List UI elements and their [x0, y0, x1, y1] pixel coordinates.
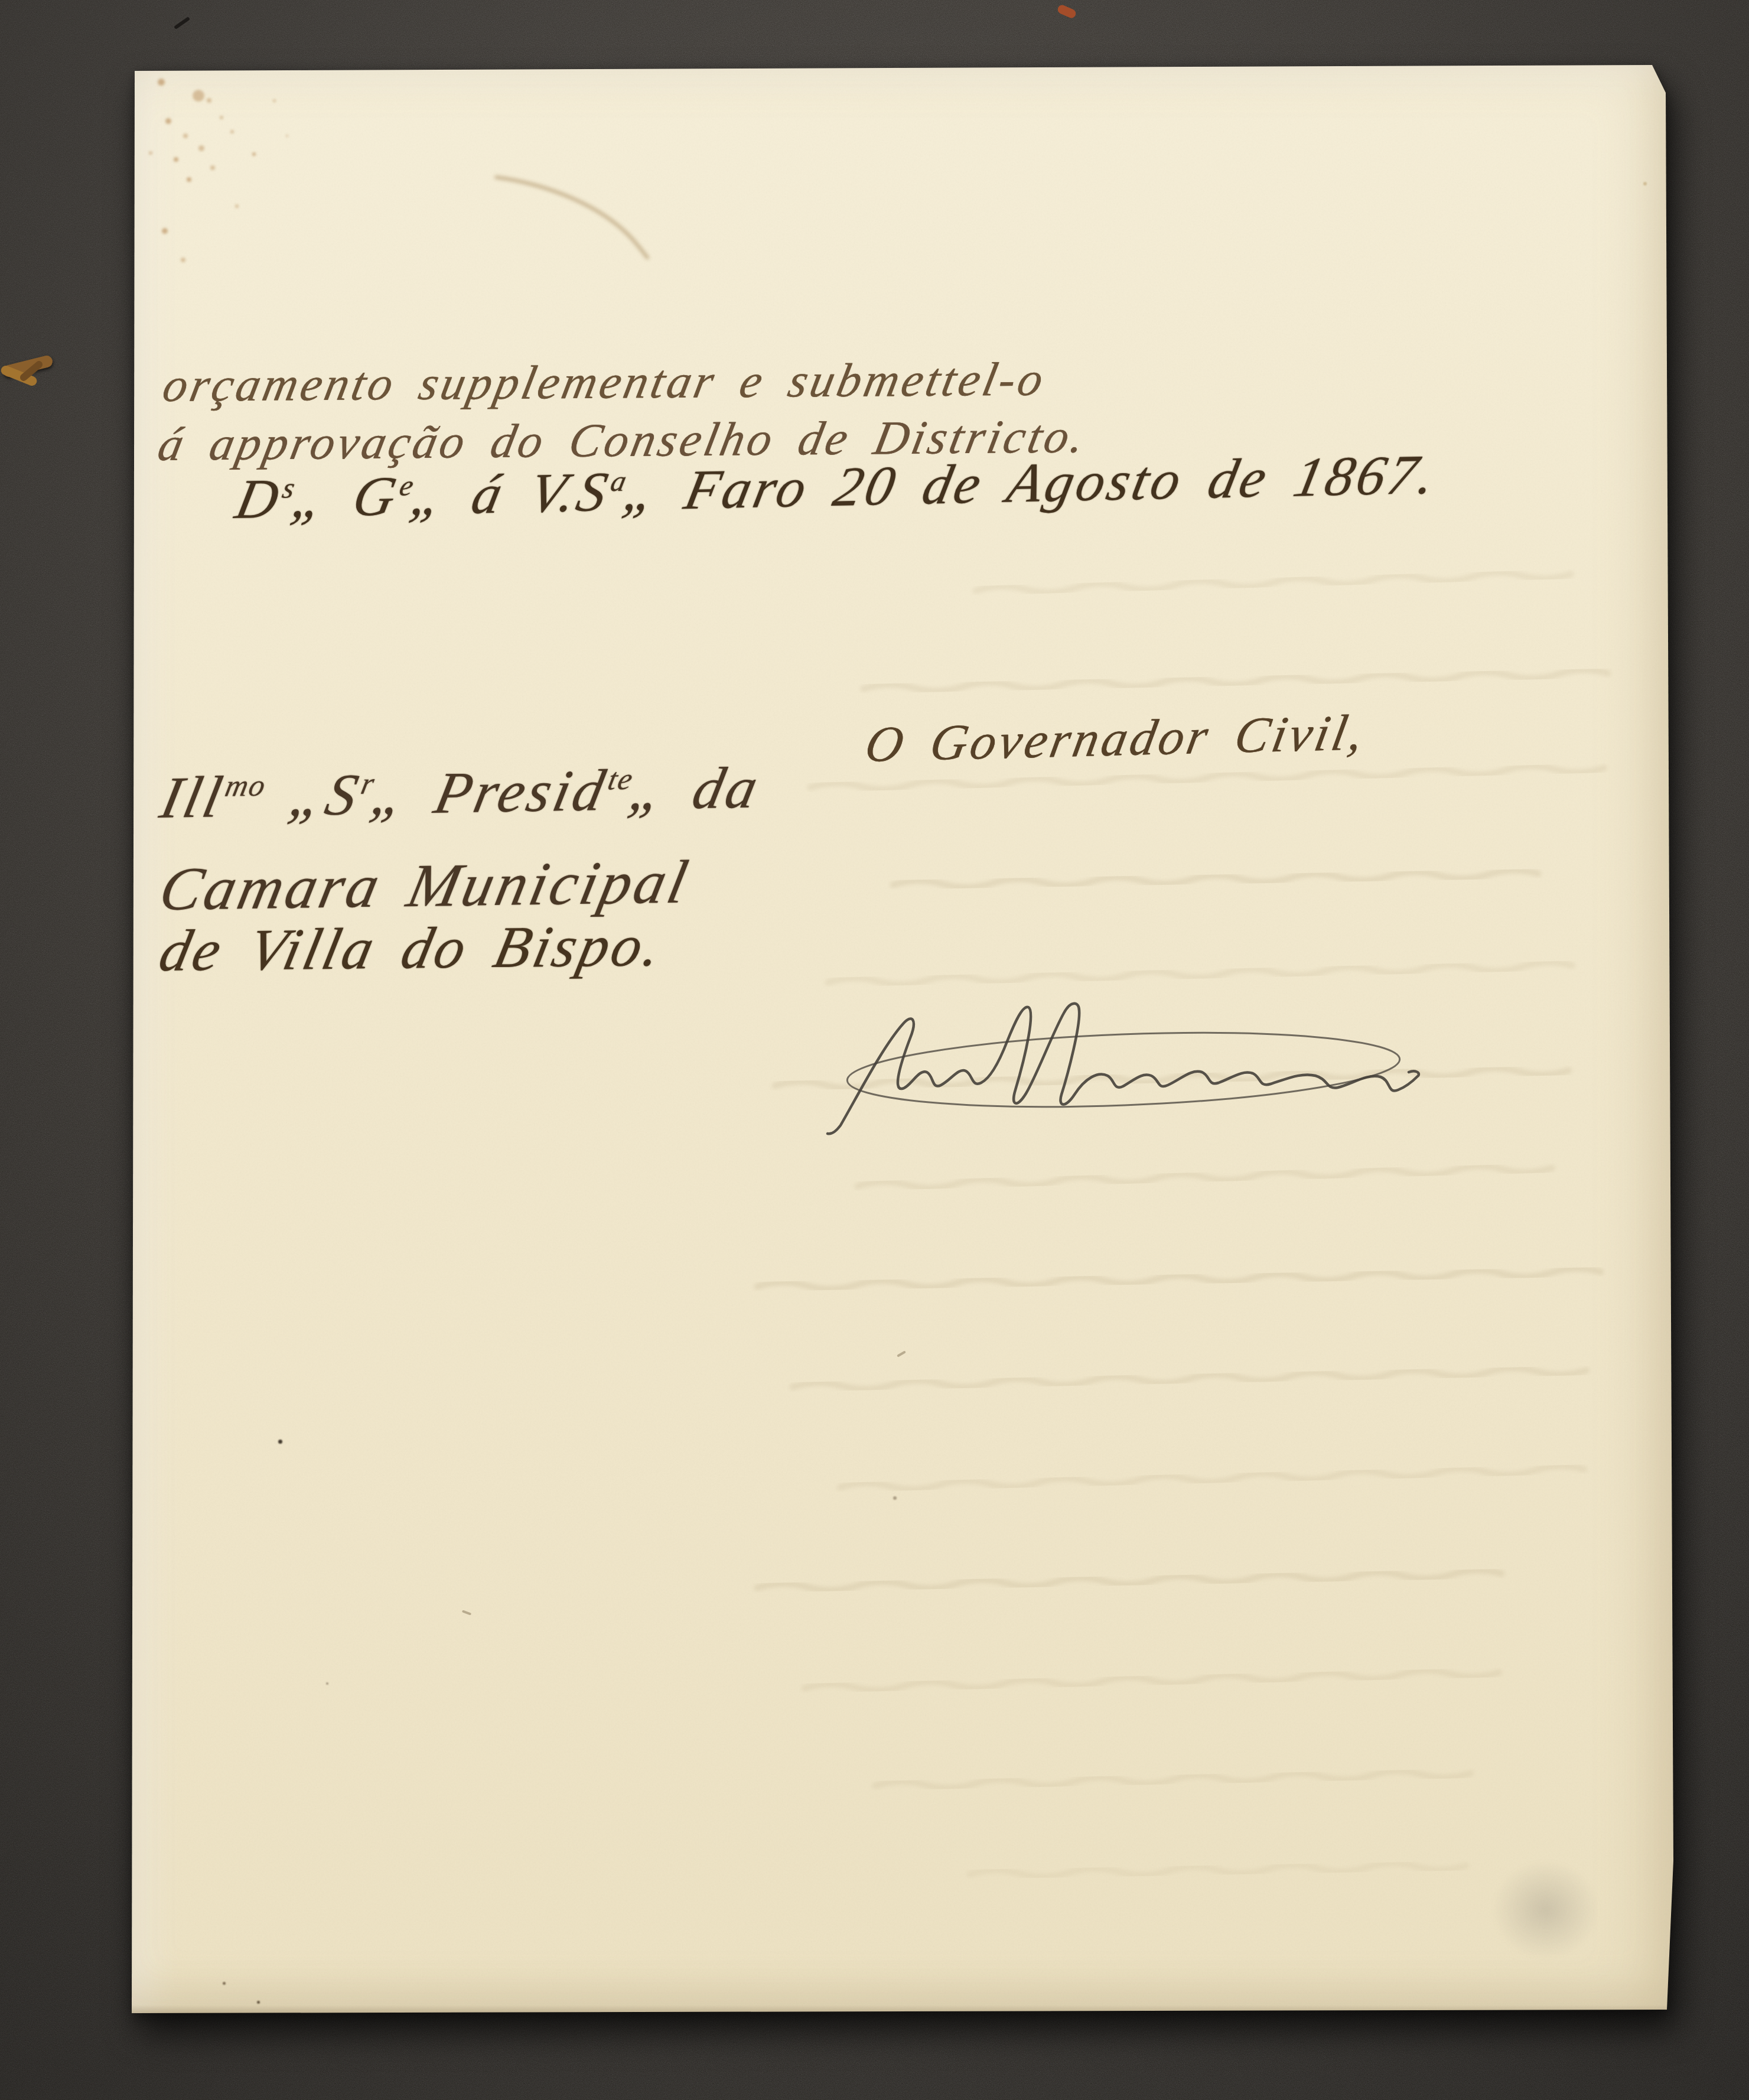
paper-fiber [462, 1610, 471, 1615]
dark-fiber [174, 17, 190, 30]
paper-speck [893, 1496, 897, 1500]
ghost-writing-line [858, 1164, 1552, 1190]
foxing-spot [181, 258, 185, 262]
foxing-spot [183, 134, 188, 138]
ghost-writing-line [970, 1862, 1466, 1878]
ghost-writing-line [893, 870, 1538, 888]
foxing-spot [158, 79, 165, 86]
paper-speck [1643, 182, 1647, 185]
ghost-writing-line [793, 1366, 1587, 1391]
foxing-spot [162, 228, 168, 234]
foxing-spot [165, 118, 171, 124]
archival-photograph: orçamento supplementar e submettel-o á a… [0, 0, 1749, 2100]
ghost-writing-line [875, 1769, 1471, 1789]
gray-smudge [1472, 1842, 1620, 1978]
foxing-spot [220, 116, 223, 119]
body-line-1: orçamento supplementar e submettel-o [158, 352, 1051, 413]
red-fleck [1056, 4, 1077, 19]
ghost-writing-line [864, 669, 1608, 692]
foxing-spot [210, 165, 215, 170]
foxing-spot [198, 145, 204, 151]
stain-arc [496, 177, 647, 258]
paper-bottom-edge [131, 2005, 1673, 2014]
foxing-spot [149, 151, 152, 155]
ghost-writing-line [976, 570, 1571, 594]
ghost-writing-line [805, 1669, 1499, 1692]
foxing-spot [286, 135, 288, 137]
ghost-writing-line [757, 1570, 1502, 1591]
paper-wrapper: orçamento supplementar e submettel-o á a… [131, 64, 1673, 2014]
paper-speck [278, 1440, 282, 1444]
foxing-spot [174, 157, 178, 162]
ghost-writing-line [757, 1268, 1601, 1291]
salutation-governor: O Governador Civil, [861, 702, 1371, 774]
address-line-3: de Villa do Bispo. [154, 911, 670, 985]
document-paper: orçamento supplementar e submettel-o á a… [131, 64, 1673, 2014]
foxing-spot [193, 90, 204, 102]
ghost-writing-line [828, 962, 1572, 986]
foxing-spot [230, 130, 234, 134]
foxing-spot [235, 204, 239, 208]
foxing-spot [273, 99, 276, 102]
fiber-debris [0, 350, 65, 403]
signature [819, 1000, 1428, 1136]
paper-speck [257, 2001, 260, 2004]
paper-speck [223, 1982, 226, 1985]
paper-speck [326, 1682, 328, 1685]
address-line-1: Illmo „Sr„ Presidte„ da [155, 753, 767, 832]
foxing-spot [207, 98, 211, 103]
ghost-writing-line [840, 1466, 1584, 1492]
paper-fiber [897, 1350, 906, 1357]
foxing-spot [252, 152, 256, 156]
foxing-spot [187, 177, 191, 182]
